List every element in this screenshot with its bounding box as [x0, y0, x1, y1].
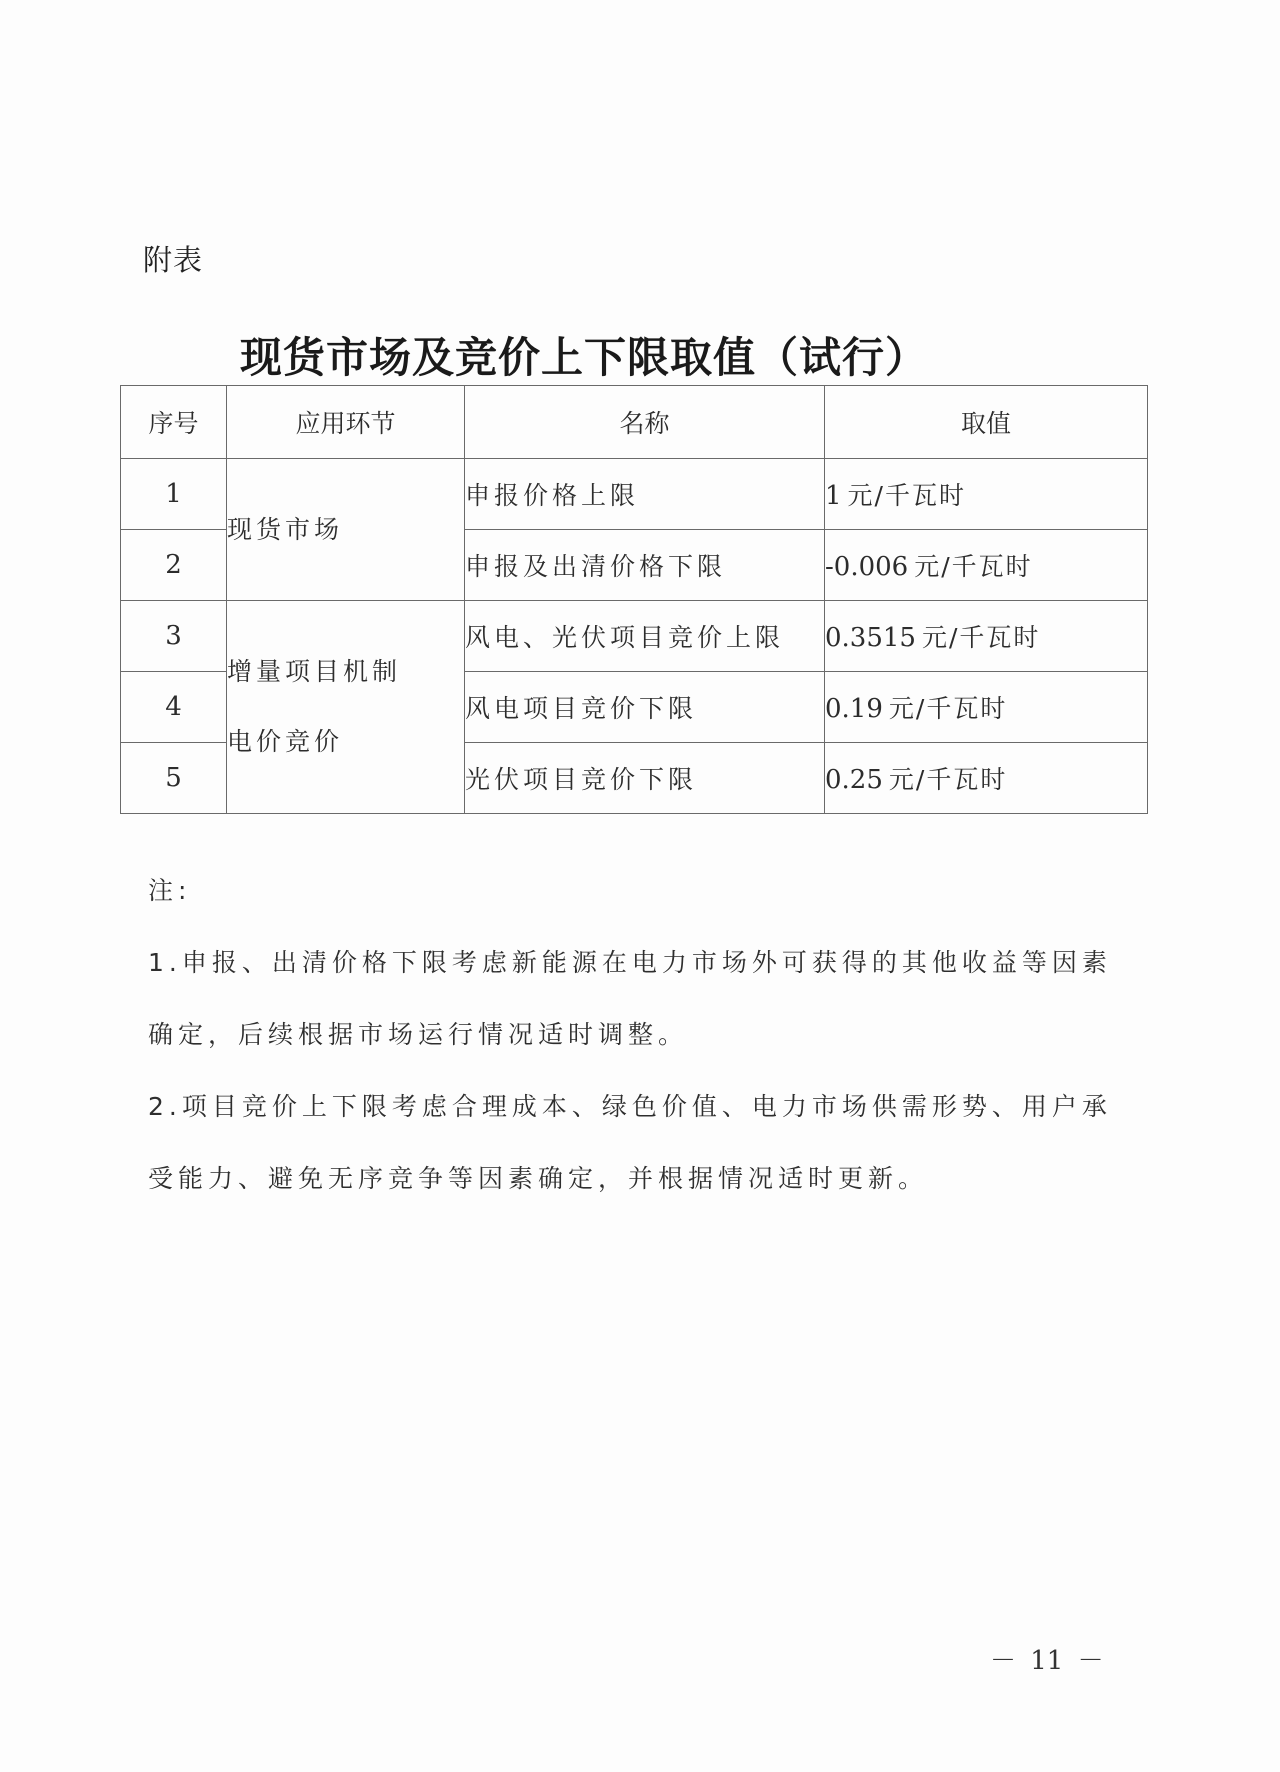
- price-limits-table: 序号 应用环节 名称 取值 1 现货市场 申报价格上限 1元/千瓦时 2 申报及…: [120, 385, 1148, 814]
- note-item-2: 2.项目竞价上下限考虑合理成本、绿色价值、电力市场供需形势、用户承受能力、避免无…: [148, 1071, 1128, 1215]
- notes-section: 注: 1.申报、出清价格下限考虑新能源在电力市场外可获得的其他收益等因素确定，后…: [148, 855, 1128, 1215]
- value-unit: 元/千瓦时: [889, 765, 1007, 794]
- value-number: 1: [825, 481, 842, 511]
- row-value: 0.19元/千瓦时: [825, 672, 1148, 743]
- value-unit: 元/千瓦时: [914, 552, 1032, 581]
- value-number: -0.006: [825, 552, 908, 582]
- value-unit: 元/千瓦时: [889, 694, 1007, 723]
- stage-cell-incremental-project-bidding: 增量项目机制 电价竞价: [227, 601, 465, 814]
- value-unit: 元/千瓦时: [848, 481, 966, 510]
- column-header-stage: 应用环节: [227, 386, 465, 459]
- notes-heading: 注:: [148, 855, 1128, 927]
- row-name: 申报价格上限: [465, 459, 825, 530]
- table-header-row: 序号 应用环节 名称 取值: [121, 386, 1148, 459]
- note-item-1: 1.申报、出清价格下限考虑新能源在电力市场外可获得的其他收益等因素确定，后续根据…: [148, 927, 1128, 1071]
- row-value: 1元/千瓦时: [825, 459, 1148, 530]
- stage-label: 增量项目机制: [227, 637, 464, 707]
- row-index: 1: [121, 459, 227, 530]
- row-name: 光伏项目竞价下限: [465, 743, 825, 814]
- row-value: -0.006元/千瓦时: [825, 530, 1148, 601]
- table-row: 1 现货市场 申报价格上限 1元/千瓦时: [121, 459, 1148, 530]
- row-name: 风电项目竞价下限: [465, 672, 825, 743]
- row-value: 0.3515元/千瓦时: [825, 601, 1148, 672]
- row-index: 3: [121, 601, 227, 672]
- page-number: － 11 －: [990, 1640, 1104, 1677]
- column-header-value: 取值: [825, 386, 1148, 459]
- row-index: 5: [121, 743, 227, 814]
- document-title: 现货市场及竞价上下限取值（试行）: [240, 325, 1020, 385]
- stage-label: 电价竞价: [227, 707, 464, 777]
- column-header-name: 名称: [465, 386, 825, 459]
- value-unit: 元/千瓦时: [922, 623, 1040, 652]
- row-value: 0.25元/千瓦时: [825, 743, 1148, 814]
- value-number: 0.19: [825, 694, 883, 724]
- row-name: 申报及出清价格下限: [465, 530, 825, 601]
- row-index: 2: [121, 530, 227, 601]
- table-row: 3 增量项目机制 电价竞价 风电、光伏项目竞价上限 0.3515元/千瓦时: [121, 601, 1148, 672]
- column-header-index: 序号: [121, 386, 227, 459]
- appendix-label: 附表: [143, 238, 203, 279]
- value-number: 0.3515: [825, 623, 916, 653]
- row-index: 4: [121, 672, 227, 743]
- stage-label: 现货市场: [227, 495, 464, 565]
- value-number: 0.25: [825, 765, 883, 795]
- row-name: 风电、光伏项目竞价上限: [465, 601, 825, 672]
- stage-cell-spot-market: 现货市场: [227, 459, 465, 601]
